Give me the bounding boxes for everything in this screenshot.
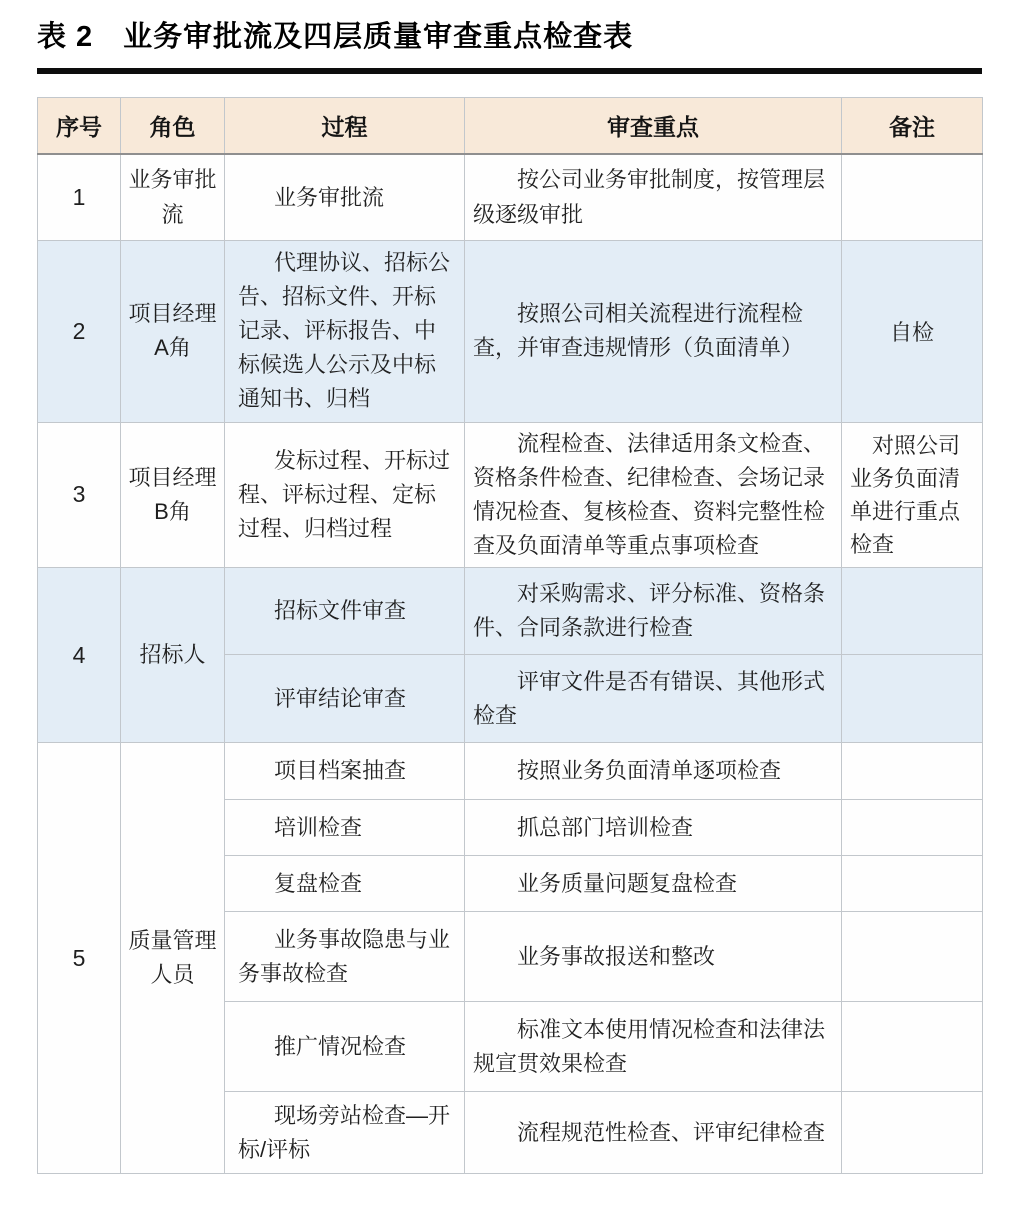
cell-note: 自检 <box>842 240 983 422</box>
cell-role: 项目经理A角 <box>121 240 225 422</box>
cell-role: 项目经理B角 <box>121 422 225 567</box>
cell-serial: 3 <box>38 422 121 567</box>
cell-note: 对照公司业务负面清单进行重点检查 <box>842 422 983 567</box>
cell-process: 招标文件审查 <box>225 568 465 655</box>
document-page: 表 2 业务审批流及四层质量审查重点检查表 序号角色过程审查重点备注 1业务审批… <box>0 0 1018 1206</box>
cell-process: 现场旁站检查—开标/评标 <box>225 1092 465 1174</box>
column-header-serial: 序号 <box>38 97 121 154</box>
cell-focus: 按照公司相关流程进行流程检查，并审查违规情形（负面清单） <box>465 240 842 422</box>
table-row: 4招标人招标文件审查对采购需求、评分标准、资格条件、合同条款进行检查 <box>38 568 983 655</box>
cell-focus: 对采购需求、评分标准、资格条件、合同条款进行检查 <box>465 568 842 655</box>
cell-serial: 4 <box>38 568 121 743</box>
cell-note <box>842 912 983 1002</box>
cell-focus: 标准文本使用情况检查和法律法规宣贯效果检查 <box>465 1002 842 1092</box>
cell-serial: 2 <box>38 240 121 422</box>
column-header-note: 备注 <box>842 97 983 154</box>
cell-process: 业务审批流 <box>225 154 465 240</box>
cell-focus: 业务事故报送和整改 <box>465 912 842 1002</box>
page-title: 表 2 业务审批流及四层质量审查重点检查表 <box>37 20 982 55</box>
cell-note <box>842 1002 983 1092</box>
table-row: 5质量管理人员项目档案抽查按照业务负面清单逐项检查 <box>38 743 983 800</box>
cell-process: 业务事故隐患与业务事故检查 <box>225 912 465 1002</box>
cell-process: 项目档案抽查 <box>225 743 465 800</box>
cell-process: 代理协议、招标公告、招标文件、开标记录、评标报告、中标候选人公示及中标通知书、归… <box>225 240 465 422</box>
cell-note <box>842 1092 983 1174</box>
cell-serial: 5 <box>38 743 121 1174</box>
cell-focus: 抓总部门培训检查 <box>465 800 842 856</box>
cell-focus: 评审文件是否有错误、其他形式检查 <box>465 655 842 743</box>
cell-process: 评审结论审查 <box>225 655 465 743</box>
review-table: 序号角色过程审查重点备注 1业务审批流业务审批流按公司业务审批制度，按管理层级逐… <box>37 97 983 1174</box>
title-rule <box>37 68 982 74</box>
cell-process: 推广情况检查 <box>225 1002 465 1092</box>
column-header-process: 过程 <box>225 97 465 154</box>
cell-note <box>842 154 983 240</box>
cell-note <box>842 800 983 856</box>
cell-note <box>842 743 983 800</box>
column-header-focus: 审查重点 <box>465 97 842 154</box>
cell-note <box>842 655 983 743</box>
cell-role: 业务审批流 <box>121 154 225 240</box>
cell-focus: 流程规范性检查、评审纪律检查 <box>465 1092 842 1174</box>
cell-focus: 业务质量问题复盘检查 <box>465 856 842 912</box>
column-header-role: 角色 <box>121 97 225 154</box>
cell-process: 培训检查 <box>225 800 465 856</box>
cell-serial: 1 <box>38 154 121 240</box>
cell-note <box>842 568 983 655</box>
cell-process: 发标过程、开标过程、评标过程、定标过程、归档过程 <box>225 422 465 567</box>
cell-note <box>842 856 983 912</box>
cell-focus: 按公司业务审批制度，按管理层级逐级审批 <box>465 154 842 240</box>
cell-role: 招标人 <box>121 568 225 743</box>
cell-role: 质量管理人员 <box>121 743 225 1174</box>
cell-focus: 按照业务负面清单逐项检查 <box>465 743 842 800</box>
table-row: 3项目经理B角发标过程、开标过程、评标过程、定标过程、归档过程流程检查、法律适用… <box>38 422 983 567</box>
table-row: 1业务审批流业务审批流按公司业务审批制度，按管理层级逐级审批 <box>38 154 983 240</box>
table-row: 2项目经理A角代理协议、招标公告、招标文件、开标记录、评标报告、中标候选人公示及… <box>38 240 983 422</box>
cell-focus: 流程检查、法律适用条文检查、资格条件检查、纪律检查、会场记录情况检查、复核检查、… <box>465 422 842 567</box>
cell-process: 复盘检查 <box>225 856 465 912</box>
table-header-row: 序号角色过程审查重点备注 <box>38 97 983 154</box>
